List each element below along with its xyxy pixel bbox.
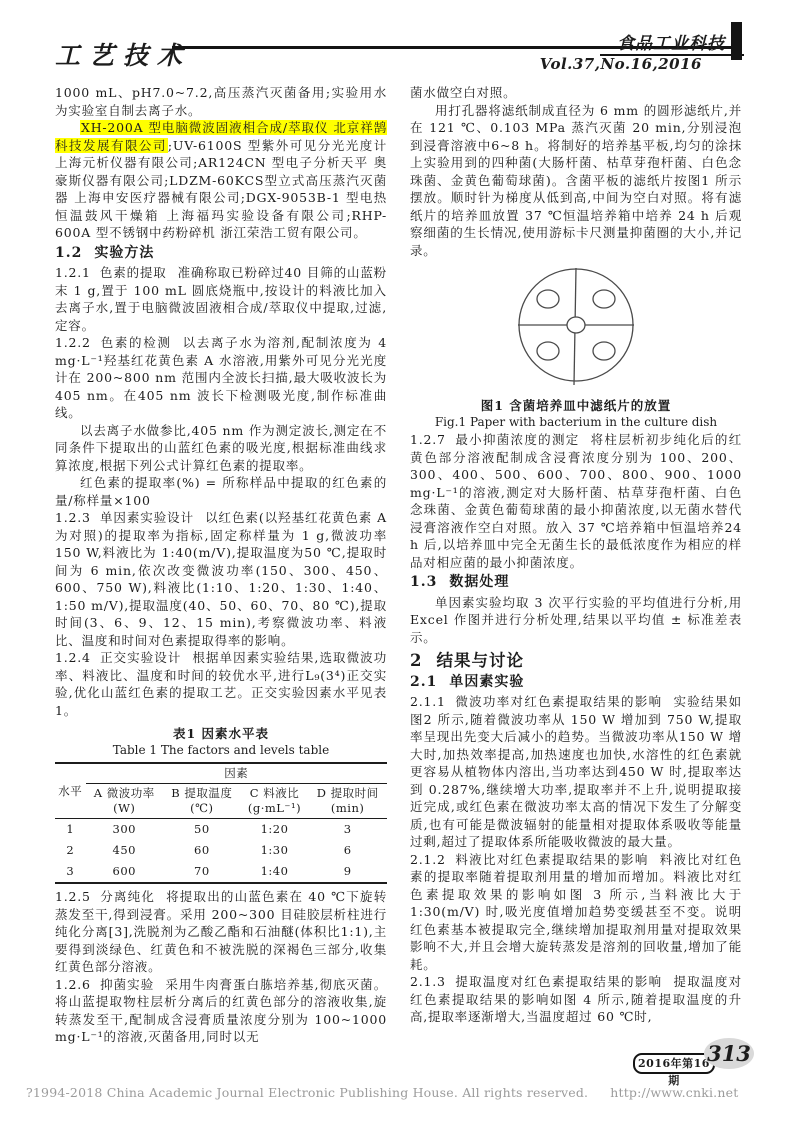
left-column: 1000 mL、pH7.0~7.2,高压蒸汽灭菌备用;实验用水 为实验室自制去离… [55,84,387,1046]
col-header-a: A 微波功率(W) [86,784,163,819]
paragraph-data-processing: 单因素实验均取 3 次平行实验的平均值进行分析,用 Excel 作图并进行分析处… [410,594,742,647]
figure-caption-zh: 图1 含菌培养皿中滤纸片的放置 [410,397,742,414]
equipment-paragraph: XH-200A 型电脑微波固液相合成/萃取仪 北京祥鹄科技发展有限公司;UV-6… [55,119,387,242]
section-1-2-7: 1.2.7最小抑菌浓度的测定将柱层析初步纯化后的红黄色部分溶液配制成含浸膏浓度分… [410,431,742,571]
section-2-1-1: 2.1.1微波功率对红色素提取结果的影响实验结果如图2 所示,随着微波功率从 1… [410,693,742,851]
section-2-1-3: 2.1.3提取温度对红色素提取结果的影响提取温度对红色素提取结果的影响如图 4 … [410,973,742,1026]
group-header-factors: 因素 [86,763,388,784]
volume-issue: Vol.37,No.16,2016 [540,55,702,73]
heading-2-1: 2.1单因素实验 [410,674,742,692]
figure-caption-en: Fig.1 Paper with bacterium in the cultur… [410,414,742,431]
factors-levels-table: 水平 因素 A 微波功率(W) B 提取温度(℃) C 料液比(g·mL⁻¹) … [55,762,387,884]
col-header-b: B 提取温度(℃) [163,784,241,819]
table-1: 表1 因素水平表 Table 1 The factors and levels … [55,725,387,884]
paragraph-runover: 菌水做空白对照。 [410,84,742,102]
journal-bar-icon [731,22,742,60]
table-caption-zh: 表1 因素水平表 [55,725,387,742]
heading-2: 2结果与讨论 [410,652,742,670]
right-column: 菌水做空白对照。 用打孔器将滤纸制成直径为 6 mm 的圆形滤纸片,并在 121… [410,84,742,1046]
heading-1-2: 1.2实验方法 [55,245,387,263]
journal-page: 工艺技术 食品工业科技 Vol.37,No.16,2016 1000 mL、pH… [0,0,794,1122]
section-1-2-3: 1.2.3单因素实验设计以红色素(以羟基红花黄色素 A 为对照)的提取率为指标,… [55,509,387,649]
copyright-text: ?1994-2018 China Academic Journal Electr… [26,1085,588,1100]
page-number: 313 [704,1038,754,1069]
col-header-level: 水平 [55,763,86,819]
col-header-c: C 料液比(g·mL⁻¹) [241,784,309,819]
table-row: 3 600 70 1:40 9 [55,861,387,883]
footer-url: http://www.cnki.net [610,1085,738,1100]
figure-1 [410,263,742,395]
col-header-d: D 提取时间(min) [308,784,387,819]
table-group-row: 水平 因素 [55,763,387,784]
issue-badge: 2016年第16期 [633,1053,715,1074]
filter-disc-top-left [537,290,559,308]
table-row: 2 450 60 1:30 6 [55,840,387,861]
paragraph-continuation: 1000 mL、pH7.0~7.2,高压蒸汽灭菌备用;实验用水 为实验室自制去离… [55,84,387,119]
table-caption-en: Table 1 The factors and levels table [55,742,387,759]
filter-disc-bottom-left [537,342,559,360]
table-row: 1 300 50 1:20 3 [55,819,387,841]
heading-1-3: 1.3数据处理 [410,574,742,592]
section-2-1-2: 2.1.2料液比对红色素提取结果的影响料液比对红色素的提取率随着提取剂用量的增加… [410,851,742,974]
paragraph-formula: 红色素的提取率(%) = 所称样品中提取的红色素的量/称样量×100 [55,474,387,509]
copyright-line: ?1994-2018 China Academic Journal Electr… [26,1085,768,1100]
center-control-disc [567,317,585,333]
figure-caption: 图1 含菌培养皿中滤纸片的放置 Fig.1 Paper with bacteri… [410,397,742,431]
table-header-row: A 微波功率(W) B 提取温度(℃) C 料液比(g·mL⁻¹) D 提取时间… [55,784,387,819]
table-caption: 表1 因素水平表 Table 1 The factors and levels … [55,725,387,759]
article-body: 1000 mL、pH7.0~7.2,高压蒸汽灭菌备用;实验用水 为实验室自制去离… [55,84,742,1046]
journal-name: 食品工业科技 [617,29,731,54]
section-1-2-6: 1.2.6抑菌实验采用牛肉膏蛋白胨培养基,彻底灭菌。将山蓝提取物柱层析分离后的红… [55,976,387,1046]
section-logo: 工艺技术 [55,36,191,72]
section-1-2-4: 1.2.4正交实验设计根据单因素实验结果,选取微波功率、料液比、温度和时间的较优… [55,649,387,719]
filter-disc-top-right [593,290,615,308]
paragraph-filter-paper: 用打孔器将滤纸制成直径为 6 mm 的圆形滤纸片,并在 121 ℃、0.103 … [410,102,742,260]
petri-dish-diagram [496,263,656,391]
paragraph-reference: 以去离子水做参比,405 nm 作为测定波长,测定在不同条件下提取出的山蓝红色素… [55,422,387,475]
filter-disc-bottom-right [593,342,615,360]
section-1-2-2: 1.2.2色素的检测以去离子水为溶剂,配制浓度为 4 mg·L⁻¹羟基红花黄色素… [55,334,387,422]
section-1-2-1: 1.2.1色素的提取准确称取已粉碎过40 目筛的山蓝粉末 1 g,置于 100 … [55,264,387,334]
section-1-2-5: 1.2.5分离纯化将提取出的山蓝色素在 40 ℃下旋转蒸发至干,得到浸膏。采用 … [55,888,387,976]
